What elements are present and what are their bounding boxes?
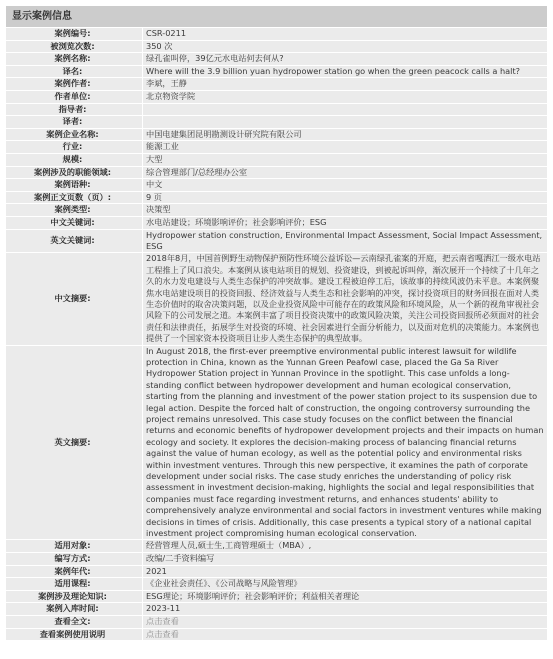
industry-value: 能源工业 bbox=[143, 141, 547, 153]
row-translator: 译者: bbox=[6, 116, 547, 128]
writing-method-value: 改编/二手资料编写 bbox=[143, 553, 547, 565]
functional-area-value: 综合管理部门/总经理办公室 bbox=[143, 167, 547, 179]
view-count-value: 350 次 bbox=[143, 41, 547, 53]
authors-value: 李斌，王静 bbox=[143, 78, 547, 90]
scale-value: 大型 bbox=[143, 154, 547, 166]
row-view-fulltext: 查看全文: 点击查看 bbox=[6, 616, 547, 628]
field-label: 英文摘要: bbox=[6, 346, 143, 540]
case-info-panel: 显示案例信息 案例编号: CSR-0211 被浏览次数: 350 次 案例名称:… bbox=[6, 6, 547, 641]
row-scale: 规模: 大型 bbox=[6, 154, 547, 166]
row-page-count: 案例正文页数（页）: 9 页 bbox=[6, 192, 547, 204]
row-entry-date: 案例入库时间: 2023-11 bbox=[6, 603, 547, 615]
field-label: 指导者: bbox=[6, 104, 143, 116]
view-usage-guide-link[interactable]: 点击查看 bbox=[146, 629, 179, 639]
view-fulltext-link[interactable]: 点击查看 bbox=[146, 616, 179, 626]
row-translated-name: 译名: Where will the 3.9 billion yuan hydr… bbox=[6, 66, 547, 78]
row-case-year: 案例年代: 2021 bbox=[6, 566, 547, 578]
entry-date-value: 2023-11 bbox=[143, 603, 547, 615]
row-applicable-courses: 适用课程: 《企业社会责任》、《公司战略与风险管理》 bbox=[6, 578, 547, 590]
language-value: 中文 bbox=[143, 179, 547, 191]
row-author-affiliation: 作者单位: 北京物资学院 bbox=[6, 91, 547, 103]
case-type-value: 决策型 bbox=[143, 204, 547, 216]
row-en-keywords: 英文关键词: Hydropower station construction, … bbox=[6, 230, 547, 253]
field-label: 适用对象: bbox=[6, 540, 143, 552]
company-name-value: 中国电建集团昆明勘测设计研究院有限公司 bbox=[143, 129, 547, 141]
author-affiliation-value: 北京物资学院 bbox=[143, 91, 547, 103]
row-case-type: 案例类型: 决策型 bbox=[6, 204, 547, 216]
row-cn-abstract: 中文摘要: 2018年8月，中国首例野生动物保护预防性环境公益诉讼—云南绿孔雀案… bbox=[6, 253, 547, 344]
field-label: 适用课程: bbox=[6, 578, 143, 590]
field-label: 案例类型: bbox=[6, 204, 143, 216]
row-theory: 案例涉及理论知识: ESG理论；环境影响评价；社会影响评价；利益相关者理论 bbox=[6, 591, 547, 603]
field-label: 案例涉及的职能领域: bbox=[6, 167, 143, 179]
field-label: 编写方式: bbox=[6, 553, 143, 565]
field-label: 中文摘要: bbox=[6, 253, 143, 344]
field-label: 行业: bbox=[6, 141, 143, 153]
row-view-usage-guide: 查看案例使用说明 点击查看 bbox=[6, 629, 547, 641]
row-view-count: 被浏览次数: 350 次 bbox=[6, 41, 547, 53]
row-advisor: 指导者: bbox=[6, 104, 547, 116]
row-company-name: 案例企业名称: 中国电建集团昆明勘测设计研究院有限公司 bbox=[6, 129, 547, 141]
panel-title: 显示案例信息 bbox=[6, 6, 547, 27]
field-label: 案例语种: bbox=[6, 179, 143, 191]
row-industry: 行业: 能源工业 bbox=[6, 141, 547, 153]
advisor-value bbox=[143, 104, 547, 116]
field-label: 规模: bbox=[6, 154, 143, 166]
field-label: 英文关键词: bbox=[6, 230, 143, 253]
target-audience-value: 经营管理人员,硕士生,工商管理硕士（MBA）, bbox=[143, 540, 547, 552]
case-name-value: 绿孔雀叫停，39亿元水电站何去何从? bbox=[143, 53, 547, 65]
field-label: 案例涉及理论知识: bbox=[6, 591, 143, 603]
row-en-abstract: 英文摘要: In August 2018, the first-ever pre… bbox=[6, 346, 547, 540]
en-abstract-value: In August 2018, the first-ever preemptiv… bbox=[143, 346, 547, 540]
row-authors: 案例作者: 李斌，王静 bbox=[6, 78, 547, 90]
field-label: 被浏览次数: bbox=[6, 41, 143, 53]
field-label: 译名: bbox=[6, 66, 143, 78]
view-usage-guide-cell: 点击查看 bbox=[143, 629, 547, 641]
row-writing-method: 编写方式: 改编/二手资料编写 bbox=[6, 553, 547, 565]
en-keywords-value: Hydropower station construction, Environ… bbox=[143, 230, 547, 253]
field-label: 查看案例使用说明 bbox=[6, 629, 143, 641]
field-label: 案例入库时间: bbox=[6, 603, 143, 615]
row-target-audience: 适用对象: 经营管理人员,硕士生,工商管理硕士（MBA）, bbox=[6, 540, 547, 552]
case-year-value: 2021 bbox=[143, 566, 547, 578]
field-label: 案例正文页数（页）: bbox=[6, 192, 143, 204]
row-language: 案例语种: 中文 bbox=[6, 179, 547, 191]
cn-keywords-value: 水电站建设；环境影响评价；社会影响评价；ESG bbox=[143, 217, 547, 229]
field-label: 查看全文: bbox=[6, 616, 143, 628]
translated-name-value: Where will the 3.9 billion yuan hydropow… bbox=[143, 66, 547, 78]
cn-abstract-value: 2018年8月，中国首例野生动物保护预防性环境公益诉讼—云南绿孔雀案的开庭，把云… bbox=[143, 253, 547, 344]
view-fulltext-cell: 点击查看 bbox=[143, 616, 547, 628]
field-label: 案例名称: bbox=[6, 53, 143, 65]
case-info-table: 案例编号: CSR-0211 被浏览次数: 350 次 案例名称: 绿孔雀叫停，… bbox=[6, 27, 547, 641]
row-cn-keywords: 中文关键词: 水电站建设；环境影响评价；社会影响评价；ESG bbox=[6, 217, 547, 229]
field-label: 案例年代: bbox=[6, 566, 143, 578]
page-count-value: 9 页 bbox=[143, 192, 547, 204]
row-case-name: 案例名称: 绿孔雀叫停，39亿元水电站何去何从? bbox=[6, 53, 547, 65]
theory-value: ESG理论；环境影响评价；社会影响评价；利益相关者理论 bbox=[143, 591, 547, 603]
row-functional-area: 案例涉及的职能领域: 综合管理部门/总经理办公室 bbox=[6, 167, 547, 179]
field-label: 作者单位: bbox=[6, 91, 143, 103]
field-label: 译者: bbox=[6, 116, 143, 128]
row-case-id: 案例编号: CSR-0211 bbox=[6, 28, 547, 40]
applicable-courses-value: 《企业社会责任》、《公司战略与风险管理》 bbox=[143, 578, 547, 590]
field-label: 中文关键词: bbox=[6, 217, 143, 229]
field-label: 案例编号: bbox=[6, 28, 143, 40]
field-label: 案例作者: bbox=[6, 78, 143, 90]
field-label: 案例企业名称: bbox=[6, 129, 143, 141]
case-id-value: CSR-0211 bbox=[143, 28, 547, 40]
translator-value bbox=[143, 116, 547, 128]
